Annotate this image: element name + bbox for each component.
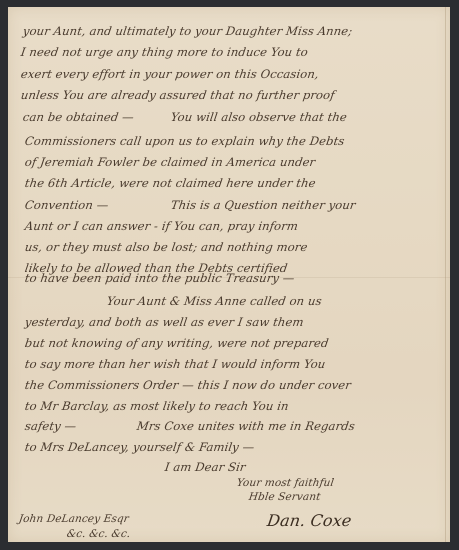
letter-line: can be obtained —	[22, 110, 135, 124]
letter-line: to Mr Barclay, as most likely to reach Y…	[24, 399, 290, 413]
addressee-name: John DeLancey Esqr	[18, 513, 130, 525]
letter-line: safety —	[24, 419, 77, 433]
valediction-line-2: Hble Servant	[248, 491, 321, 503]
letter-line: exert every effort in your power on this…	[20, 67, 320, 81]
letter-line: Mrs Coxe unites with me in Regards	[136, 419, 356, 433]
valediction-line-1: Your most faithful	[236, 477, 335, 489]
letter-line: to have been paid into the public Treasu…	[24, 271, 296, 285]
signature: Dan. Coxe	[266, 511, 353, 530]
letter-line: Commissioners call upon us to explain wh…	[24, 134, 345, 148]
letter-line: of Jeremiah Fowler be claimed in America…	[24, 155, 316, 169]
scan-background: your Aunt, and ultimately to your Daught…	[0, 0, 459, 550]
letter-line: Aunt or I can answer - if You can, pray …	[24, 219, 299, 233]
letter-line: Convention —	[24, 198, 109, 212]
letter-line: You will also observe that the	[170, 110, 348, 124]
letter-line: Your Aunt & Miss Anne called on us	[106, 294, 323, 308]
letter-line: This is a Question neither your	[170, 198, 357, 212]
letter-line: us, or they must also be lost; and nothi…	[24, 240, 308, 254]
letter-line: unless You are already assured that no f…	[20, 88, 336, 102]
letter-line: I need not urge any thing more to induce…	[20, 45, 309, 59]
letter-page: your Aunt, and ultimately to your Daught…	[8, 7, 450, 542]
letter-line: the Commissioners Order — this I now do …	[24, 378, 352, 392]
addressee-note: &c. &c. &c.	[66, 528, 131, 540]
salutation: I am Dear Sir	[164, 460, 247, 474]
letter-line: yesterday, and both as well as ever I sa…	[24, 315, 305, 329]
letter-line: but not knowing of any writing, were not…	[24, 336, 330, 350]
page-edge-fold	[445, 7, 446, 542]
letter-line: to Mrs DeLancey, yourself & Family —	[24, 440, 255, 454]
letter-line: the 6th Article, were not claimed here u…	[24, 176, 317, 190]
letter-line: your Aunt, and ultimately to your Daught…	[22, 24, 353, 38]
letter-line: to say more than her wish that I would i…	[24, 357, 326, 371]
